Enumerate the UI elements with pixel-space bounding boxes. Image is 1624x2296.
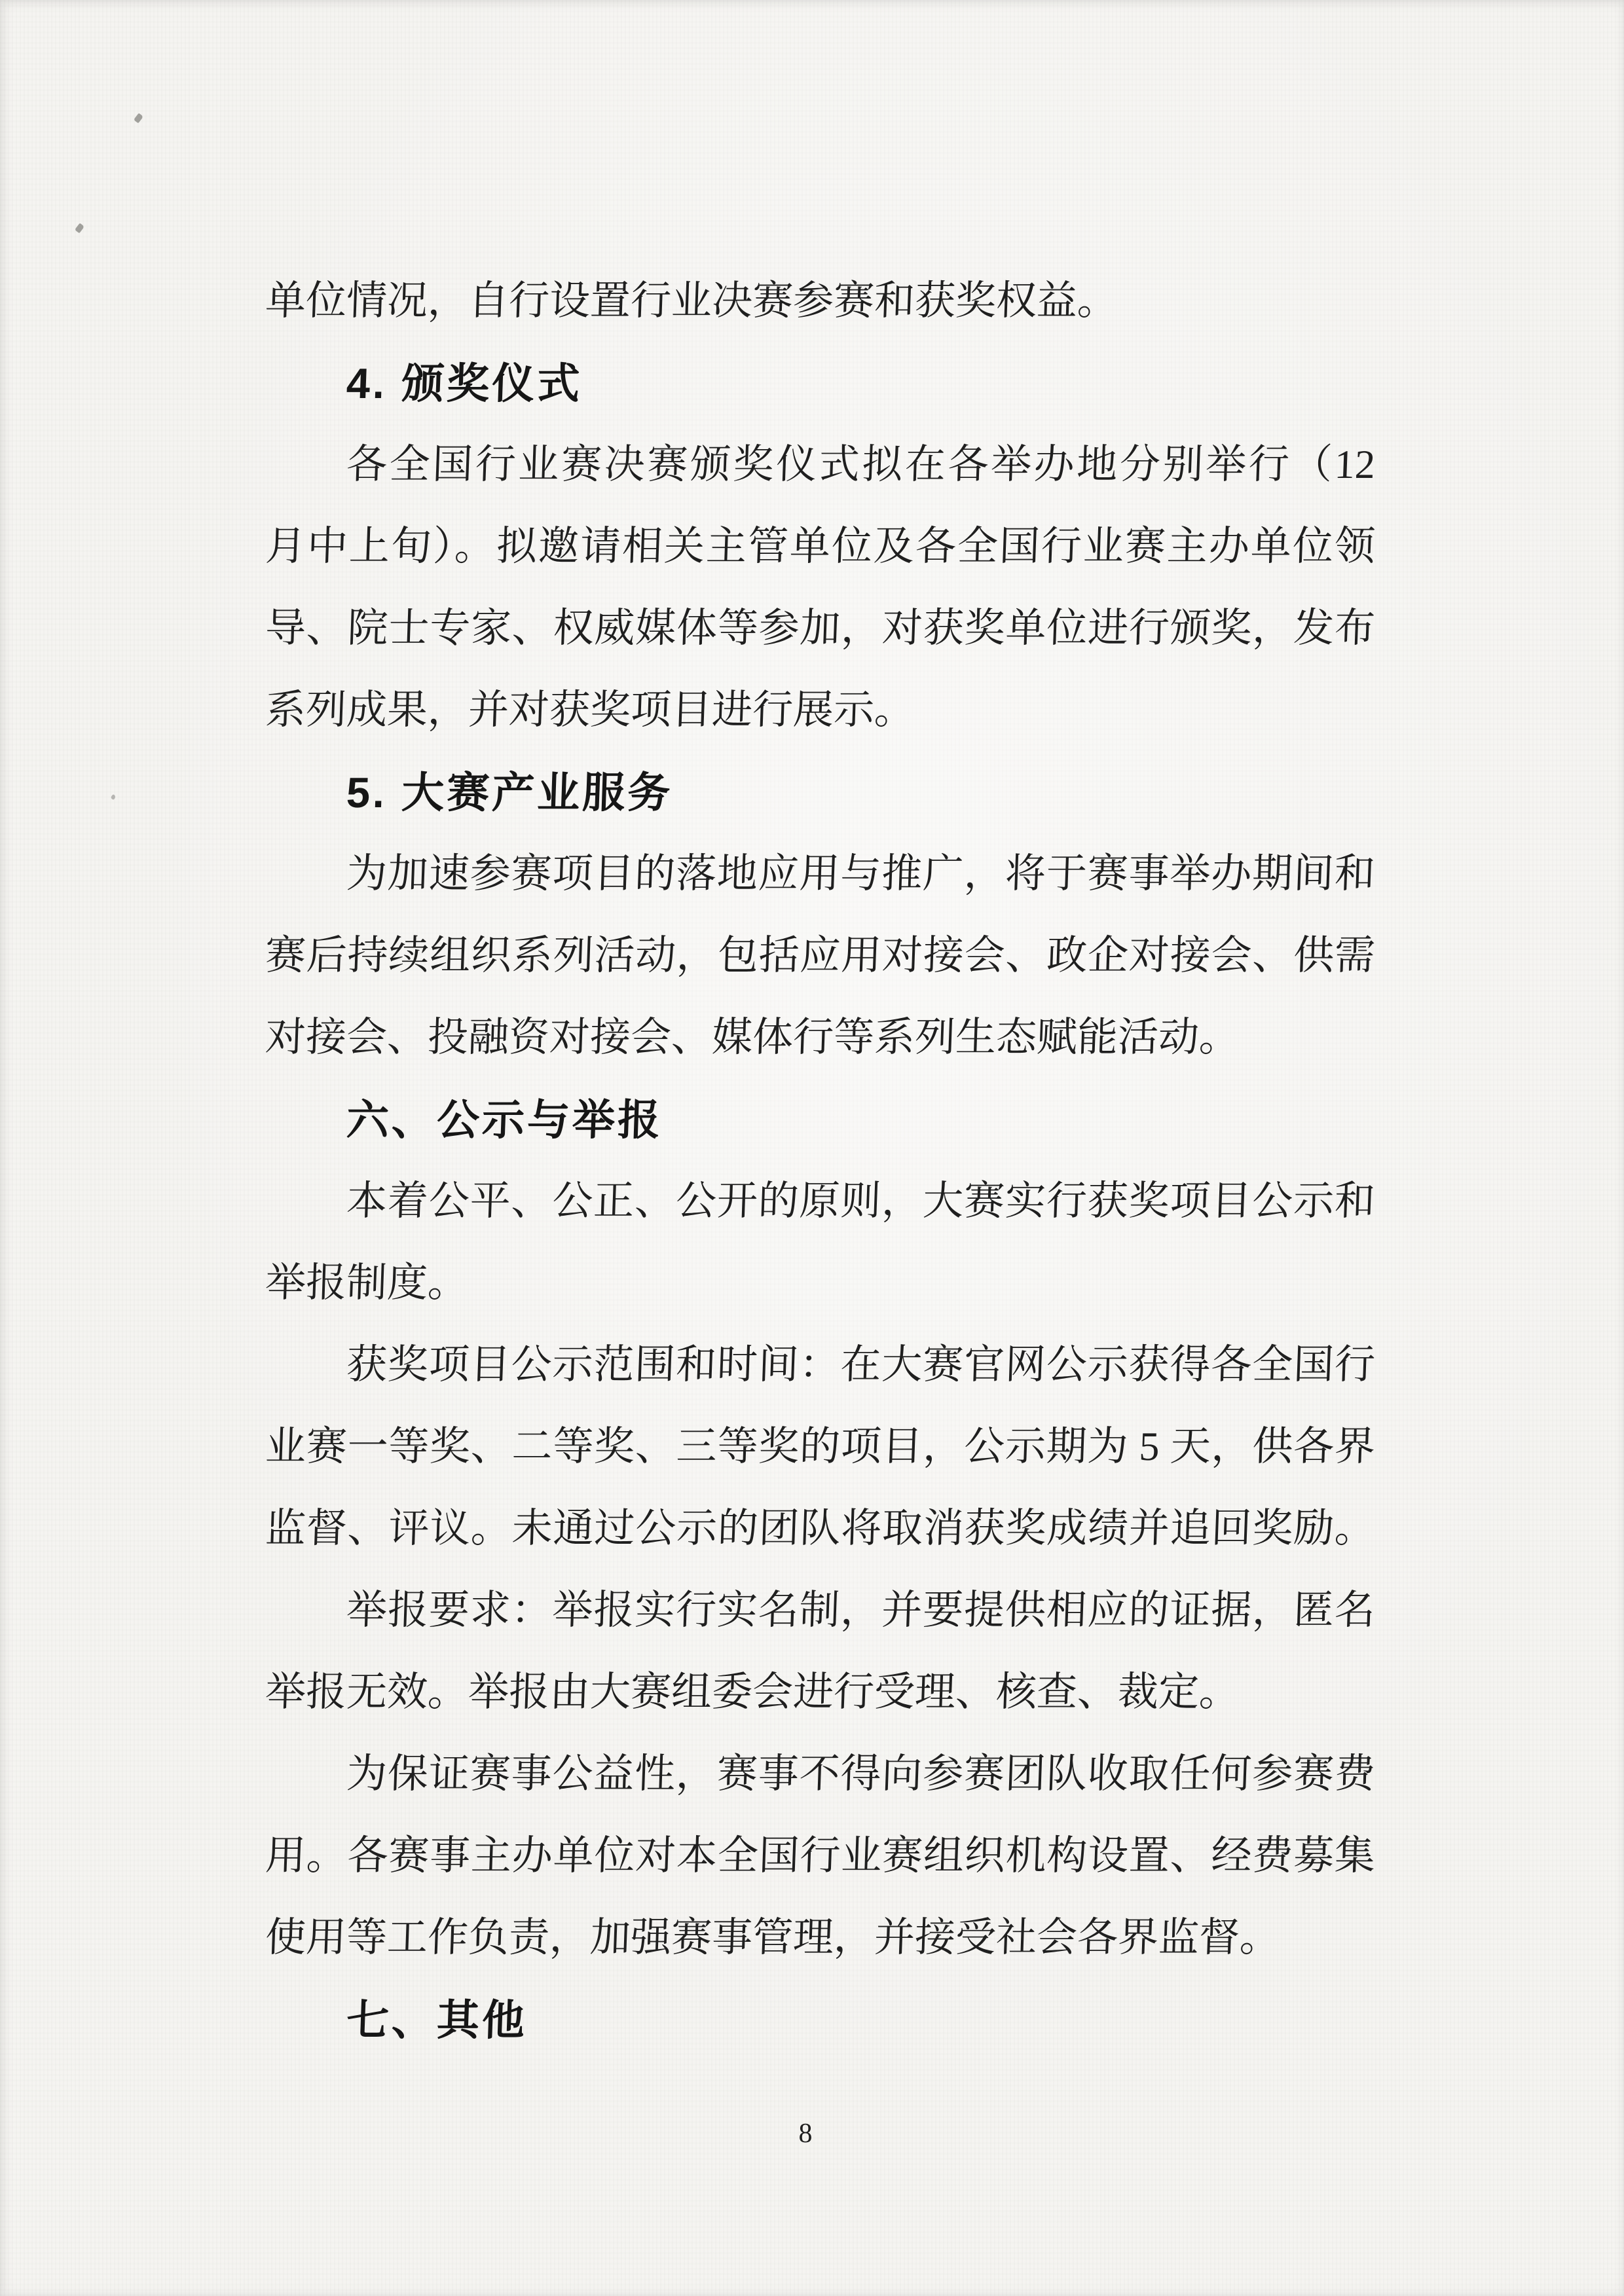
scan-speck bbox=[75, 223, 84, 234]
text-line: 导、院士专家、权威媒体等参加，对获奖单位进行颁奖，发布 bbox=[264, 588, 1376, 670]
text-line: 为加速参赛项目的落地应用与推广，将于赛事举办期间和 bbox=[264, 833, 1376, 915]
section-heading: 六、公示与举报 bbox=[264, 1079, 1376, 1161]
text-line: 对接会、投融资对接会、媒体行等系列生态赋能活动。 bbox=[264, 997, 1376, 1079]
text-line: 为保证赛事公益性，赛事不得向参赛团队收取任何参赛费 bbox=[264, 1734, 1376, 1815]
scan-speck bbox=[110, 794, 116, 800]
text-line: 各全国行业赛决赛颁奖仪式拟在各举办地分别举行（12 bbox=[264, 424, 1376, 506]
text-line: 举报无效。举报由大赛组委会进行受理、核查、裁定。 bbox=[264, 1652, 1376, 1734]
text-line: 用。各赛事主办单位对本全国行业赛组织机构设置、经费募集 bbox=[264, 1815, 1376, 1897]
text-line: 举报制度。 bbox=[264, 1243, 1376, 1324]
text-line: 本着公平、公正、公开的原则，大赛实行获奖项目公示和 bbox=[264, 1161, 1376, 1243]
text-line: 单位情况，自行设置行业决赛参赛和获奖权益。 bbox=[264, 261, 1376, 342]
page-number: 8 bbox=[0, 2111, 1617, 2157]
text-line: 月中上旬）。拟邀请相关主管单位及各全国行业赛主办单位领 bbox=[264, 506, 1376, 588]
text-line: 业赛一等奖、二等奖、三等奖的项目，公示期为 5 天，供各界 bbox=[264, 1406, 1376, 1488]
section-heading: 七、其他 bbox=[264, 1979, 1376, 2061]
text-line: 监督、评议。未通过公示的团队将取消获奖成绩并追回奖励。 bbox=[264, 1488, 1376, 1570]
section-heading: 5. 大赛产业服务 bbox=[264, 752, 1376, 833]
text-line: 赛后持续组织系列活动，包括应用对接会、政企对接会、供需 bbox=[264, 915, 1376, 997]
scanned-page: 单位情况，自行设置行业决赛参赛和获奖权益。4. 颁奖仪式各全国行业赛决赛颁奖仪式… bbox=[0, 0, 1624, 2296]
text-line: 系列成果，并对获奖项目进行展示。 bbox=[264, 670, 1376, 752]
scan-speck bbox=[134, 113, 143, 124]
section-heading: 4. 颁奖仪式 bbox=[264, 342, 1376, 424]
text-line: 使用等工作负责，加强赛事管理，并接受社会各界监督。 bbox=[264, 1897, 1376, 1979]
text-line: 举报要求：举报实行实名制，并要提供相应的证据，匿名 bbox=[264, 1570, 1376, 1652]
document-body: 单位情况，自行设置行业决赛参赛和获奖权益。4. 颁奖仪式各全国行业赛决赛颁奖仪式… bbox=[265, 261, 1375, 2061]
text-line: 获奖项目公示范围和时间：在大赛官网公示获得各全国行 bbox=[264, 1324, 1376, 1406]
